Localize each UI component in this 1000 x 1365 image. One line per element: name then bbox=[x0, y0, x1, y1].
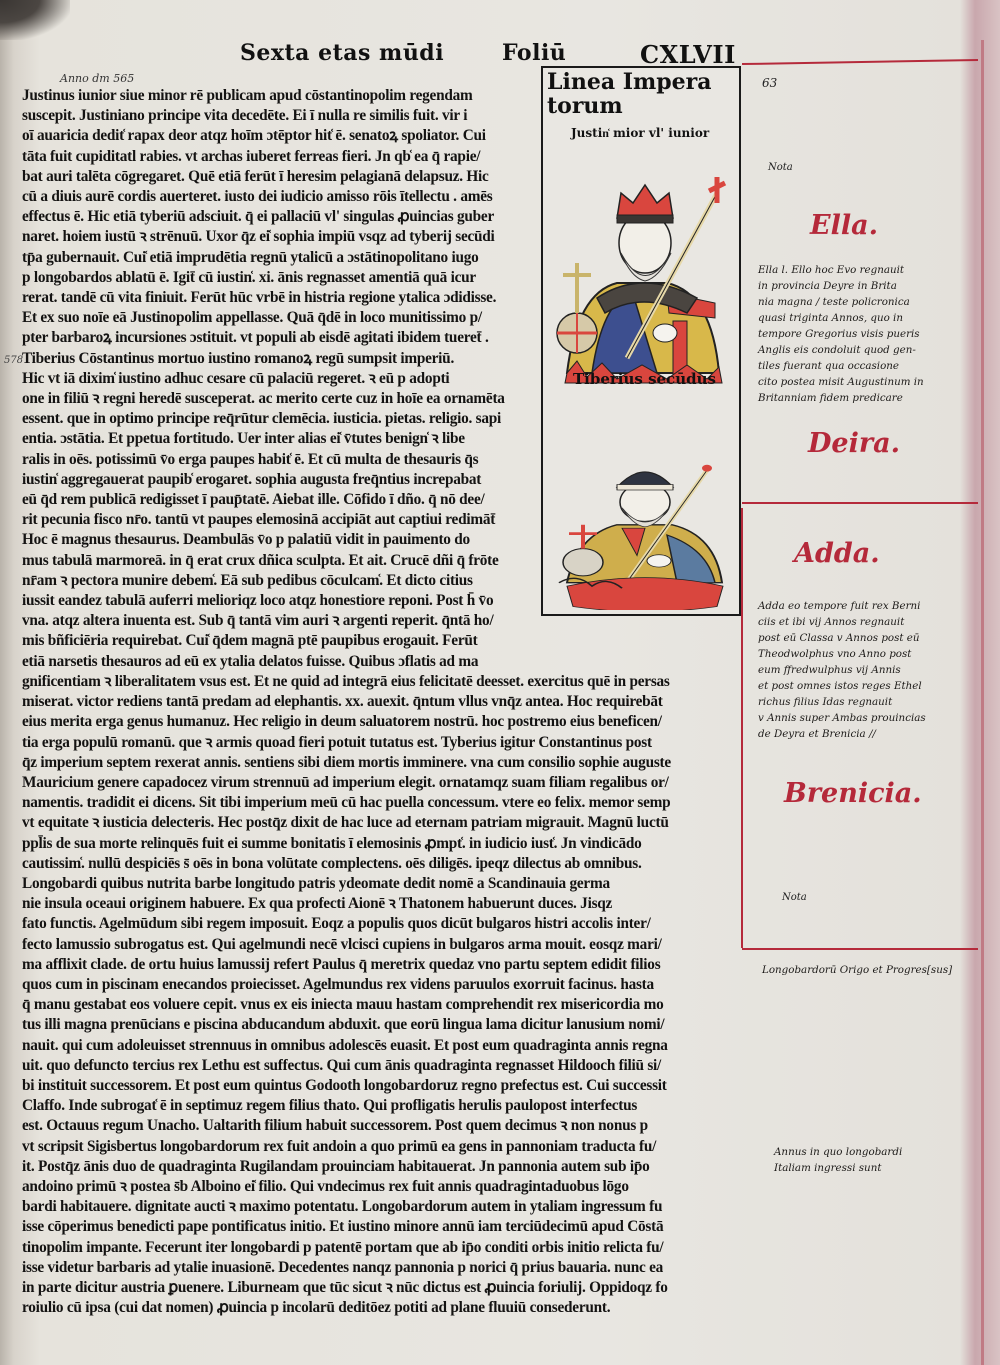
text-line: Hic vt iā dixim᷾ iustino adhuc cesare cū… bbox=[22, 369, 538, 389]
text-line: p longobardos ablatū ē. Igit̄ cū iustin᷾… bbox=[22, 268, 538, 288]
text-line: pter barbaroꝝ incursiones ɔstituit. vt p… bbox=[22, 328, 538, 348]
lower-divider-rule bbox=[742, 948, 978, 950]
manuscript-line: quasi triginta Annos, quo in bbox=[758, 310, 924, 326]
manuscript-line: tiles fuerant qua occasione bbox=[758, 358, 924, 374]
text-line: cautissim᷾. nullū despiciēs s̄ oēs in bo… bbox=[22, 854, 744, 874]
text-line: ma afflixit clade. de ortu huius lamussi… bbox=[22, 955, 744, 975]
manuscript-line: v Annis super Ambas prouincias bbox=[758, 710, 926, 726]
text-line: ppl̄is de sua morte relinquēs fuit ei su… bbox=[22, 834, 744, 854]
text-line: Tiberius Cōstantinus mortuo iustino roma… bbox=[22, 349, 538, 369]
text-line: eū q̄d rem publicā redigisset ī paup̄tat… bbox=[22, 490, 538, 510]
nota-annotation-top: Nota bbox=[768, 162, 793, 173]
text-line: entia. ɔstātia. Et ppetua fortitudo. Uer… bbox=[22, 429, 538, 449]
manuscript-line: eum ffredwulphus vij Annis bbox=[758, 662, 926, 678]
text-line: vt equitate ꝛ iusticia delecteris. Hec p… bbox=[22, 813, 744, 833]
text-line: Et ex suo noīe eā Justinopolim appellass… bbox=[22, 308, 538, 328]
page-shadow bbox=[0, 0, 70, 40]
text-line: effectus ē. Hic etiā tyberiū adsciuit. q… bbox=[22, 207, 538, 227]
text-line: bi instituit successorem. Et post eum qu… bbox=[22, 1076, 744, 1096]
right-edge-rule bbox=[981, 40, 984, 1365]
text-line: namentis. tradidit ei dicens. Sit tibi i… bbox=[22, 793, 744, 813]
text-line: vt scripsit Sigisbertus longobardorum re… bbox=[22, 1137, 744, 1157]
text-line: Hoc ē magnus thesaurus. Deambulās v̄o p … bbox=[22, 530, 538, 550]
text-line: suscepit. Justiniano principe vita deced… bbox=[22, 106, 538, 126]
lombard-entry-note: Annus in quo longobardiItaliam ingressi … bbox=[774, 1144, 902, 1176]
text-line: tinopolim impante. Fecerunt iter longoba… bbox=[22, 1238, 744, 1258]
book-page: Sexta etas mūdi Foliū CXLVII Anno dm 565… bbox=[0, 0, 1000, 1365]
manuscript-line: nia magna / teste policronica bbox=[758, 294, 924, 310]
text-line: ralis in oēs. potissimū v̄o erga paupes … bbox=[22, 450, 538, 470]
text-line: bat auri talēta cōgregaret. Quē etiā fer… bbox=[22, 167, 538, 187]
nota-annotation-bottom: Nota bbox=[782, 892, 807, 903]
manuscript-line: Ella l. Ello hoc Evo regnauit bbox=[758, 262, 924, 278]
text-line: Justinus iunior siue minor rē publicam a… bbox=[22, 86, 538, 106]
folio-number: CXLVII bbox=[640, 40, 736, 69]
lineage-title-line1: Linea Impera bbox=[547, 70, 712, 94]
manuscript-line: Theodwolphus vno Anno post bbox=[758, 646, 926, 662]
pencil-folio-number: 63 bbox=[762, 76, 777, 90]
rubric-adda: Adda. bbox=[794, 538, 880, 569]
manuscript-line: cito postea misit Augustinum in bbox=[758, 374, 924, 390]
text-line: mis bñficiēria requirebat. Cui᷾ q̄dem ma… bbox=[22, 631, 538, 651]
text-line: fecto lamussio subrogatus est. Qui agelm… bbox=[22, 935, 744, 955]
text-line: gnificentiam ꝛ liberalitatem vsus est. E… bbox=[22, 672, 744, 692]
text-line: isse videtur barbaris ad ytalie inuasion… bbox=[22, 1258, 744, 1278]
lineage-title-line2: torum bbox=[547, 94, 712, 118]
text-line: it. Postq̄z ānis duo de quadraginta Rugi… bbox=[22, 1157, 744, 1177]
manuscript-line: de Deyra et Brenicia // bbox=[758, 726, 926, 742]
text-line: andoino primū ꝛ postea s̄b Alboino ei᷾ f… bbox=[22, 1177, 744, 1197]
emperor-lineage-box: Linea Impera torum Justin᷾ mior vl' iuni… bbox=[541, 66, 741, 616]
text-line: bardi habitauere. dignitate aucti ꝛ maxi… bbox=[22, 1197, 744, 1217]
text-line: cū a diuis aurē cordis auerteret. iusto … bbox=[22, 187, 538, 207]
text-line: nie insula oceaui originem habuere. Ex q… bbox=[22, 894, 744, 914]
text-line: rerat. tandē cū vita finiuit. Ferūt hūc … bbox=[22, 288, 538, 308]
manuscript-line: post eū Classa v Annos post eū bbox=[758, 630, 926, 646]
text-line: mus tabulā marmoreā. in q̄ erat crux dñi… bbox=[22, 551, 538, 571]
folio-label: Foliū bbox=[502, 40, 566, 66]
text-line: tus illi magna prenūcians e piscina abdu… bbox=[22, 1015, 744, 1035]
lineage-title: Linea Impera torum bbox=[547, 70, 712, 118]
text-line: eius merita erga genus humanuz. Hec reli… bbox=[22, 712, 744, 732]
text-line: uit. quo defuncto tercius rex Lethu est … bbox=[22, 1056, 744, 1076]
ella-manuscript-note: Ella l. Ello hoc Evo regnauitin provinci… bbox=[758, 262, 924, 406]
text-line: fato functis. Agelmūdum sibi regem impos… bbox=[22, 914, 744, 934]
rubric-ella: Ella. bbox=[810, 210, 878, 241]
rubric-brenicia: Brenicia. bbox=[784, 778, 922, 809]
text-line: etiā narsetis thesauros ad eū ex ytalia … bbox=[22, 652, 538, 672]
text-line: tp̄a gubernauit. Cui᷾ etiā imprudētia re… bbox=[22, 248, 538, 268]
manuscript-line: Britanniam fidem predicare bbox=[758, 390, 924, 406]
manuscript-line: Adda eo tempore fuit rex Berni bbox=[758, 598, 926, 614]
text-line: iussit eandez tabulā auferri melioriqz l… bbox=[22, 591, 538, 611]
text-line: Mauricium genere capadocez virum strennu… bbox=[22, 773, 744, 793]
deira-adda-divider-rule bbox=[742, 502, 978, 504]
box-right-vertical-rule bbox=[741, 508, 743, 948]
text-line: nr̄am ꝛ pectora munire debem᷾. Eā sub pe… bbox=[22, 571, 538, 591]
text-line: vna. atqz altera inuenta est. Sub q̄ tan… bbox=[22, 611, 538, 631]
text-line: rit pecunia fisco nr̄o. tantū vt paupes … bbox=[22, 510, 538, 530]
text-line: q̄z imperium septem rexerat annis. senti… bbox=[22, 753, 744, 773]
text-line: miserat. victor rediens tantā predam ad … bbox=[22, 692, 744, 712]
left-margin-year: 578 bbox=[4, 355, 23, 366]
text-line: q̄ manu gestabat eos voluere cepit. vnus… bbox=[22, 995, 744, 1015]
manuscript-line: in provincia Deyre in Brita bbox=[758, 278, 924, 294]
text-line: in parte dicitur austria ꝑuenere. Liburn… bbox=[22, 1278, 744, 1298]
text-line: oī auaricia dedit᷾ rapax deor atqz hoīm … bbox=[22, 126, 538, 146]
text-line: roiulio cū ipsa (cui dat nomen) ꝓuincia … bbox=[22, 1298, 744, 1318]
adda-manuscript-note: Adda eo tempore fuit rex Berniciis et ib… bbox=[758, 598, 926, 742]
tiberius-portrait-woodcut bbox=[547, 460, 733, 610]
text-line: est. Octauus regum Unacho. Ualtarith fil… bbox=[22, 1116, 744, 1136]
text-line: Claffo. Inde subrogat᷾ ē in septimuz reg… bbox=[22, 1096, 744, 1116]
manuscript-line: Annus in quo longobardi bbox=[774, 1144, 902, 1160]
manuscript-line: tempore Gregorius visis pueris bbox=[758, 326, 924, 342]
text-line: Longobardi quibus nutrita barbe longitud… bbox=[22, 874, 744, 894]
manuscript-line: ciis et ibi vij Annos regnauit bbox=[758, 614, 926, 630]
manuscript-line: richus filius Idas regnauit bbox=[758, 694, 926, 710]
manuscript-line: Italiam ingressi sunt bbox=[774, 1160, 902, 1176]
text-line: naret. hoiem iustū ꝛ strēnuū. Uxor q̄z e… bbox=[22, 227, 538, 247]
text-line: isse cōperimus benedicti pape pontificat… bbox=[22, 1217, 744, 1237]
text-line: one in filiū ꝛ regni heredē susceperat. … bbox=[22, 389, 538, 409]
text-line: nauit. qui cum adoleuisset strennuus in … bbox=[22, 1036, 744, 1056]
second-emperor-caption: Tiberius secūdus bbox=[573, 370, 716, 388]
text-line: iustin᷾ aggregauerat paupib᷾ erogaret. s… bbox=[22, 470, 538, 490]
text-line: tāta fuit cupiditatl rabies. vt archas i… bbox=[22, 147, 538, 167]
lombard-origin-heading: Longobardorū Origo et Progres[sus] bbox=[762, 962, 952, 978]
running-head-title: Sexta etas mūdi bbox=[240, 40, 444, 66]
first-emperor-caption: Justin᷾ mior vl' iunior bbox=[571, 126, 709, 141]
rubric-deira: Deira. bbox=[808, 428, 900, 459]
text-line: quos cum in piscinam enecandos proieciss… bbox=[22, 975, 744, 995]
manuscript-line: Anglis eis condoluit quod gen- bbox=[758, 342, 924, 358]
anno-annotation: Anno dm 565 bbox=[60, 72, 134, 85]
text-line: tia erga populū romanū. que ꝛ armis quoa… bbox=[22, 733, 744, 753]
manuscript-line: et post omnes istos reges Ethel bbox=[758, 678, 926, 694]
text-line: essent. que in optimo principe req̄rūtur… bbox=[22, 409, 538, 429]
